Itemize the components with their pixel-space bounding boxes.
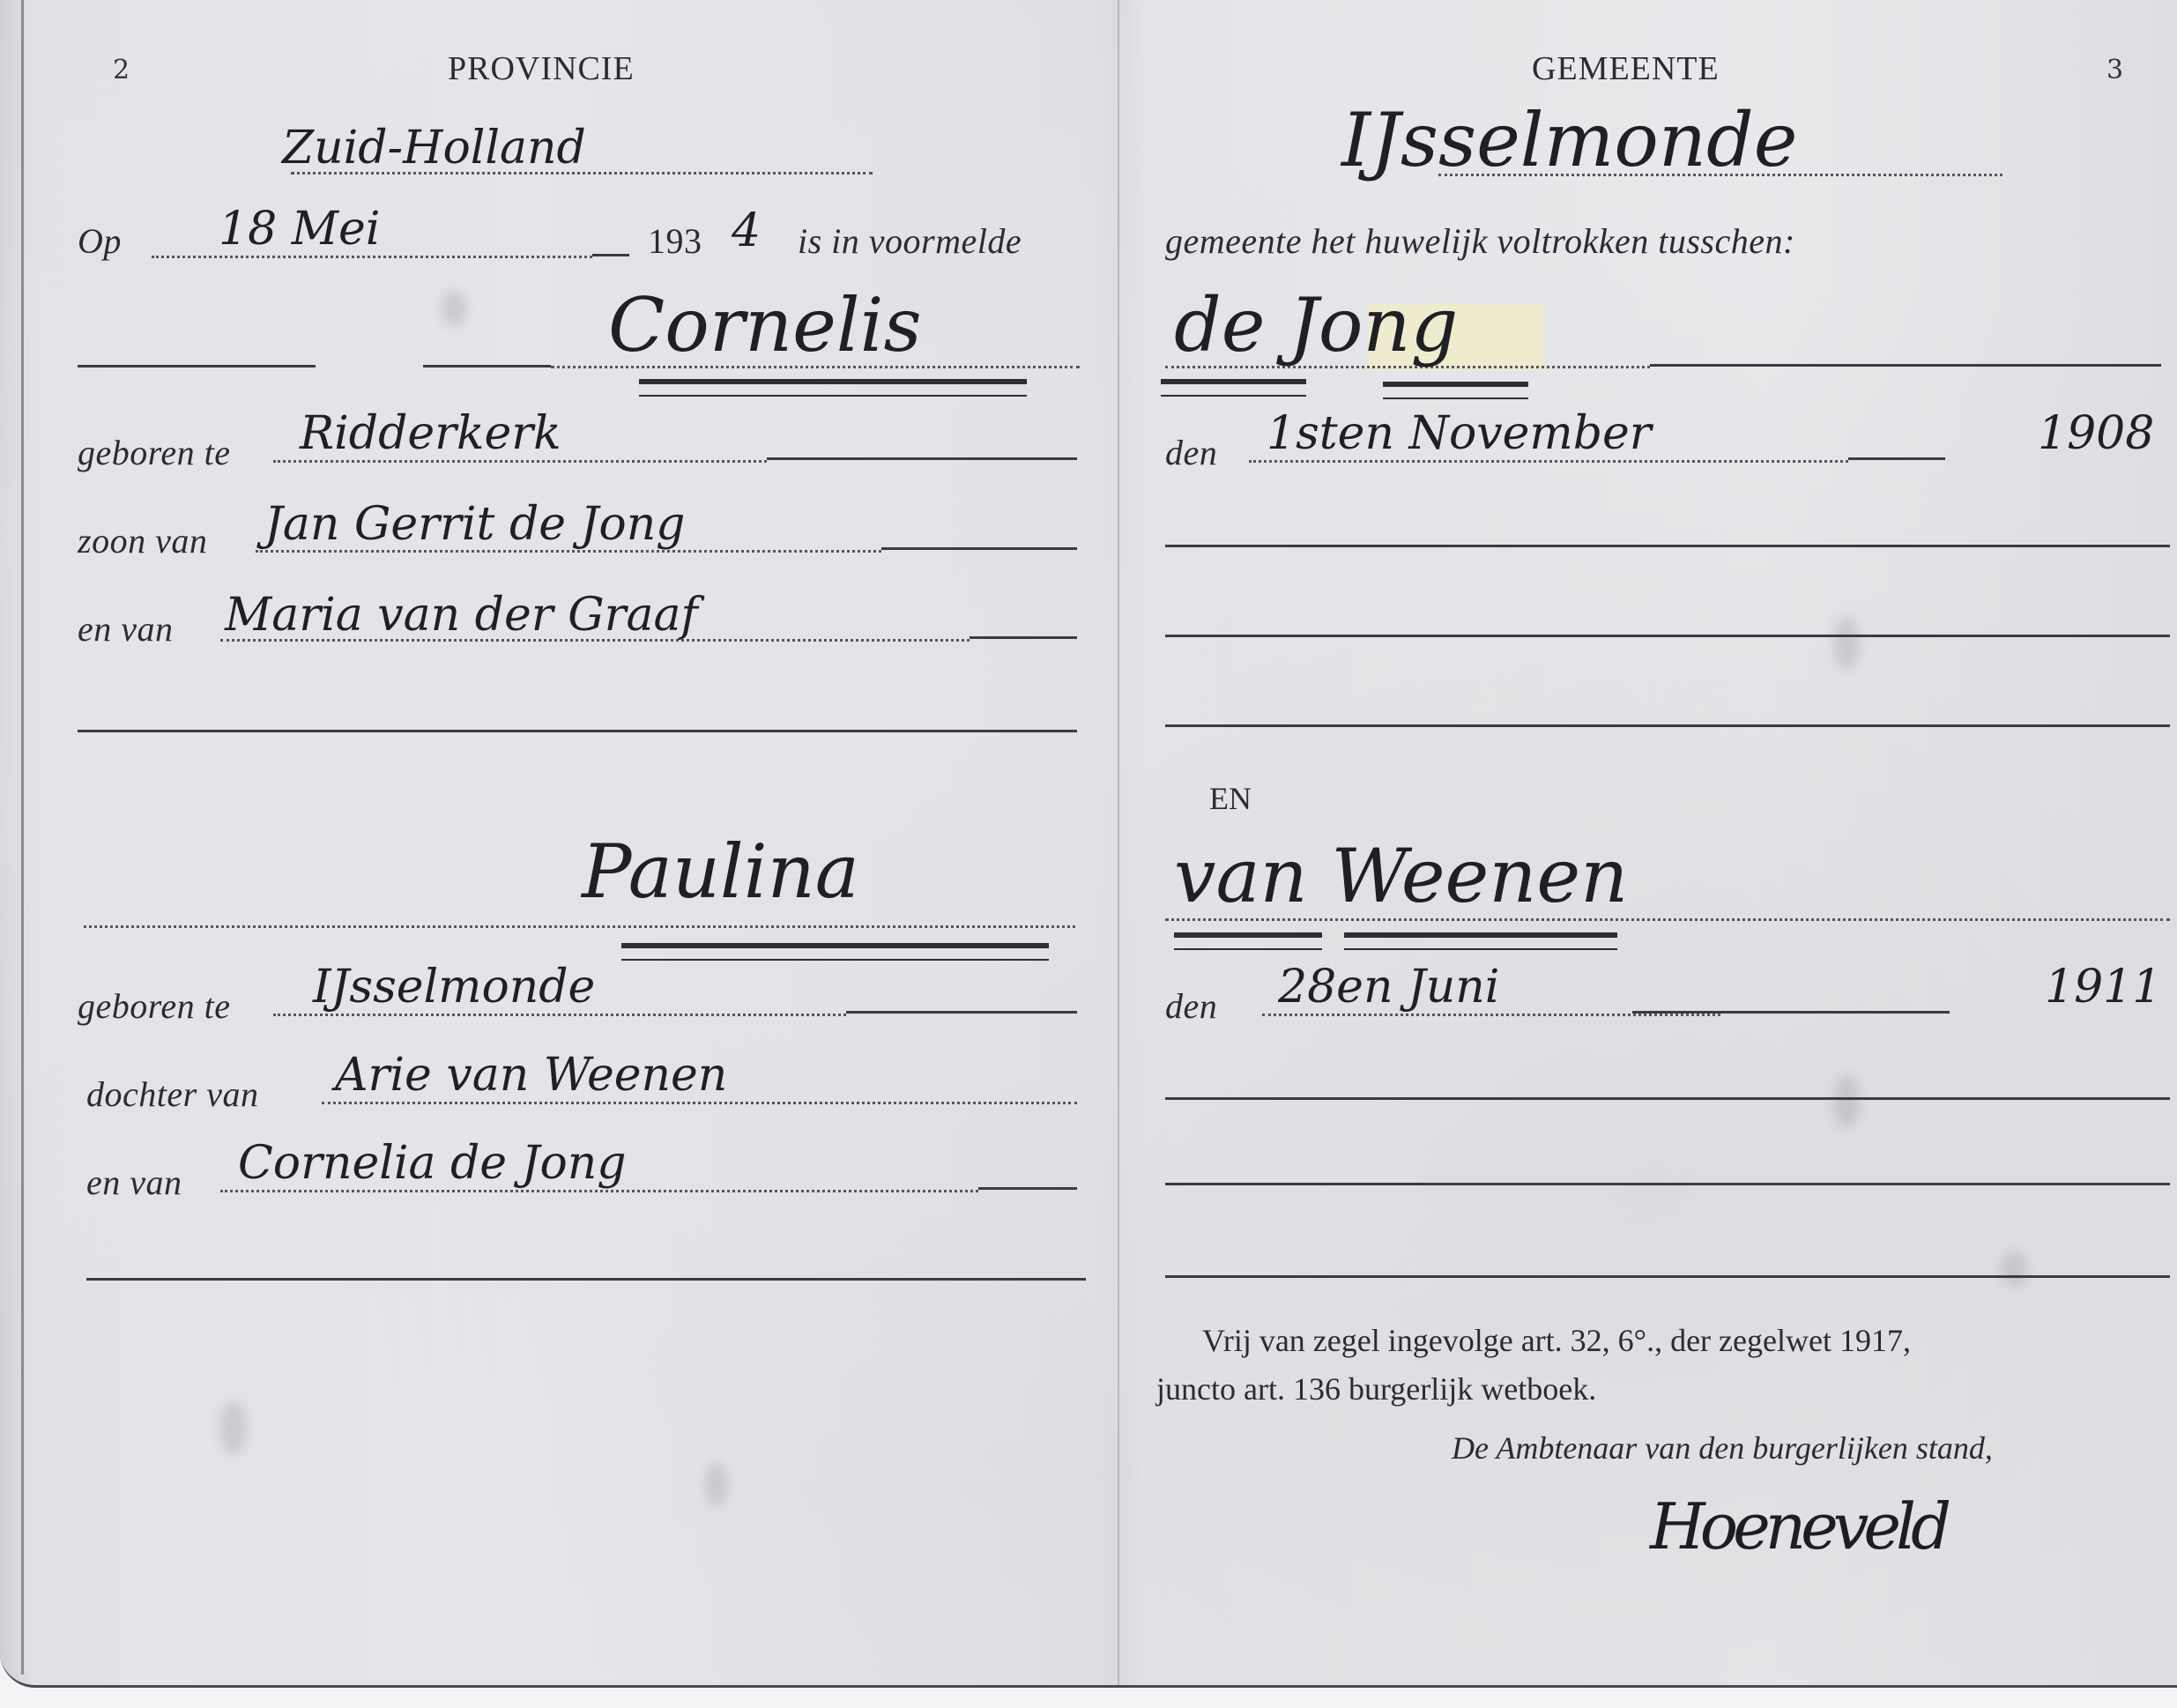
bride-father-dotted <box>322 1102 1077 1104</box>
groom-birth-year: 1908 <box>2038 407 2154 460</box>
bride-name-dotted-line <box>84 925 1075 928</box>
bride-birthplace-label: geboren te <box>78 985 230 1027</box>
bride-first-name: Paulina <box>582 828 859 915</box>
heading-gemeente: GEMEENTE <box>1532 49 1720 88</box>
province-dotted-line <box>291 172 873 175</box>
groom-birthplace-dotted <box>273 460 767 463</box>
bride-father-label: dochter van <box>86 1073 258 1115</box>
right-blank-line-6 <box>1165 1275 2170 1278</box>
bride-surname-prefix: van <box>1174 833 1308 919</box>
bride-surname-underline-prefix <box>1174 932 1322 950</box>
groom-surname: de Jong <box>1174 282 1458 368</box>
connector-en: EN <box>1209 780 1252 817</box>
right-blank-line-1 <box>1165 545 2170 547</box>
bride-surname-main: Weenen <box>1331 833 1628 919</box>
heading-provincie: PROVINCIE <box>448 49 635 88</box>
legal-note-line1: Vrij van zegel ingevolge art. 32, 6°., d… <box>1202 1322 1911 1359</box>
bride-name-underline <box>621 943 1049 961</box>
bride-birth-dash <box>1632 1011 1950 1014</box>
groom-father: Jan Gerrit de Jong <box>264 498 685 551</box>
official-title: De Ambtenaar van den burgerlijken stand, <box>1452 1430 1993 1467</box>
groom-surname-main: Jong <box>1289 282 1458 368</box>
groom-birth-label: den <box>1165 432 1217 473</box>
groom-section-separator <box>78 730 1077 732</box>
groom-birthplace: Ridderkerk <box>300 407 561 460</box>
bride-birthplace: IJsselmonde <box>313 961 595 1014</box>
bride-section-separator <box>86 1278 1086 1281</box>
bride-mother-label: en van <box>86 1162 182 1203</box>
bride-surname-underline <box>1344 932 1617 950</box>
groom-name-dash <box>423 365 551 368</box>
year-digit: 4 <box>732 204 761 257</box>
groom-surname-underline <box>1383 382 1528 399</box>
bride-birth-label: den <box>1165 985 1217 1027</box>
groom-name-underline <box>639 379 1027 397</box>
marriage-day-month: 18 Mei <box>219 203 380 256</box>
bride-mother: Cornelia de Jong <box>238 1137 627 1190</box>
bride-birth-dotted <box>1262 1014 1720 1016</box>
municipality-value: IJsselmonde <box>1341 97 1797 183</box>
bride-surname: van Weenen <box>1174 833 1628 919</box>
right-blank-line-5 <box>1165 1183 2170 1185</box>
groom-birth-dotted <box>1249 460 1848 463</box>
page-number: 2 <box>113 55 130 85</box>
marriage-intro-text: gemeente het huwelijk voltrokken tussche… <box>1165 220 1795 262</box>
left-page: 2 PROVINCIE Zuid-Holland Op 18 Mei 193 4… <box>0 0 1115 1685</box>
bride-father: Arie van Weenen <box>335 1049 727 1102</box>
groom-first-name: Cornelis <box>608 282 922 368</box>
right-page: GEMEENTE 3 IJsselmonde gemeente het huwe… <box>1121 0 2177 1685</box>
bride-birth-day-month: 28en Juni <box>1278 961 1499 1014</box>
bride-birthplace-dash <box>846 1011 1077 1014</box>
groom-birthplace-label: geboren te <box>78 432 230 473</box>
book-spine <box>1118 0 1119 1685</box>
groom-birth-dash <box>1848 457 1945 460</box>
groom-birthplace-dash <box>767 457 1077 460</box>
document-spread: 2 PROVINCIE Zuid-Holland Op 18 Mei 193 4… <box>0 0 2177 1688</box>
right-blank-line-4 <box>1165 1097 2170 1100</box>
groom-birth-day-month: 1sten November <box>1267 407 1652 460</box>
year-printed: 193 <box>648 220 702 262</box>
groom-surname-prefix: de <box>1174 282 1265 368</box>
official-signature: Hoeneveld <box>1650 1489 1946 1563</box>
right-blank-line-2 <box>1165 635 2170 637</box>
date-dash <box>592 254 629 256</box>
page-number: 3 <box>2106 55 2123 85</box>
date-label-op: Op <box>78 220 122 262</box>
groom-mother: Maria van der Graaf <box>225 589 698 642</box>
bride-mother-dash <box>978 1187 1077 1190</box>
province-value: Zuid-Holland <box>282 122 586 175</box>
date-label-suffix: is in voormelde <box>798 220 1022 262</box>
legal-note-line2: juncto art. 136 burgerlijk wetboek. <box>1156 1370 1596 1407</box>
groom-mother-dash <box>970 636 1077 639</box>
groom-surname-dash <box>1650 364 2161 367</box>
groom-father-label: zoon van <box>78 520 207 561</box>
groom-mother-label: en van <box>78 608 174 650</box>
bride-birth-year: 1911 <box>2045 961 2161 1014</box>
bride-birthplace-dotted <box>273 1014 846 1016</box>
groom-surname-underline-prefix <box>1161 379 1306 397</box>
groom-father-dash <box>881 547 1077 550</box>
bride-mother-dotted <box>220 1190 978 1192</box>
groom-name-dash <box>78 365 316 368</box>
right-blank-line-3 <box>1165 724 2170 727</box>
date-dotted-line <box>152 256 592 258</box>
municipality-dotted-line <box>1438 174 2002 176</box>
